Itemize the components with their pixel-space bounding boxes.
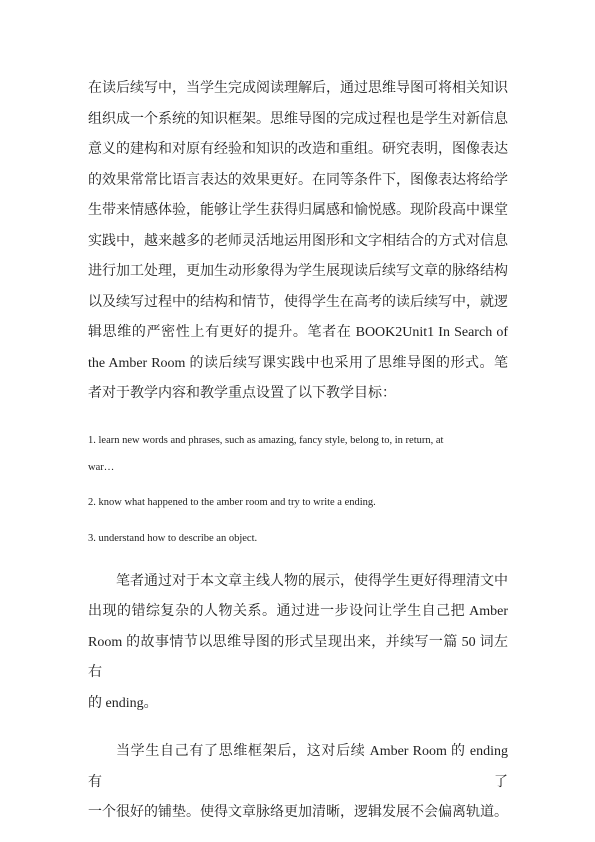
text-line: 当学生自己有了思维框架后，这对后续 Amber Room 的 ending 有了 [88,737,508,798]
page-content: 在读后续写中，当学生完成阅读理解后，通过思维导图可将相关知识组织成一个系统的知识… [88,74,508,829]
conclusion-paragraph: 当学生自己有了思维框架后，这对后续 Amber Room 的 ending 有了… [88,737,508,829]
document-page: 在读后续写中，当学生完成阅读理解后，通过思维导图可将相关知识组织成一个系统的知识… [0,0,595,842]
text-line: 1. learn new words and phrases, such as … [88,427,508,454]
text-line: 2. know what happened to the amber room … [88,489,508,516]
text-line: 组织成一个系统的知识框架。思维导图的完成过程也是学生对新信息 [88,105,508,136]
text-line: Room 的故事情节以思维导图的形式呈现出来，并续写一篇 50 词左右 [88,628,508,689]
text-line: 以及续写过程中的结构和情节，使得学生在高考的读后续写中，就逻 [88,288,508,319]
text-line: 的 ending。 [88,689,508,720]
text-line: 意义的建构和对原有经验和知识的改造和重组。研究表明，图像表达 [88,135,508,166]
teaching-goal-2: 2. know what happened to the amber room … [88,489,508,516]
text-line: 3. understand how to describe an object. [88,525,508,552]
teaching-goal-1: 1. learn new words and phrases, such as … [88,427,508,481]
text-line: 的效果常常比语言表达的效果更好。在同等条件下，图像表达将给学 [88,166,508,197]
text-line: the Amber Room 的读后续写课实践中也采用了思维导图的形式。笔 [88,349,508,380]
teaching-goal-3: 3. understand how to describe an object. [88,525,508,552]
text-line: 进行加工处理，更加生动形象得为学生展现读后续写文章的脉络结构 [88,257,508,288]
text-line: 者对于教学内容和教学重点设置了以下教学目标： [88,379,508,410]
text-line: 一个很好的铺垫。使得文章脉络更加清晰，逻辑发展不会偏离轨道。 [88,798,508,829]
text-line: 笔者通过对于本文章主线人物的展示，使得学生更好得理清文中 [88,567,508,598]
text-line: 出现的错综复杂的人物关系。通过进一步设问让学生自己把 Amber [88,597,508,628]
text-line: 在读后续写中，当学生完成阅读理解后，通过思维导图可将相关知识 [88,74,508,105]
text-line: war… [88,454,508,481]
mindmap-practice-paragraph: 笔者通过对于本文章主线人物的展示，使得学生更好得理清文中出现的错综复杂的人物关系… [88,567,508,720]
text-line: 实践中，越来越多的老师灵活地运用图形和文字相结合的方式对信息 [88,227,508,258]
intro-paragraph: 在读后续写中，当学生完成阅读理解后，通过思维导图可将相关知识组织成一个系统的知识… [88,74,508,410]
text-line: 生带来情感体验，能够让学生获得归属感和愉悦感。现阶段高中课堂 [88,196,508,227]
text-line: 辑思维的严密性上有更好的提升。笔者在 BOOK2Unit1 In Search … [88,318,508,349]
